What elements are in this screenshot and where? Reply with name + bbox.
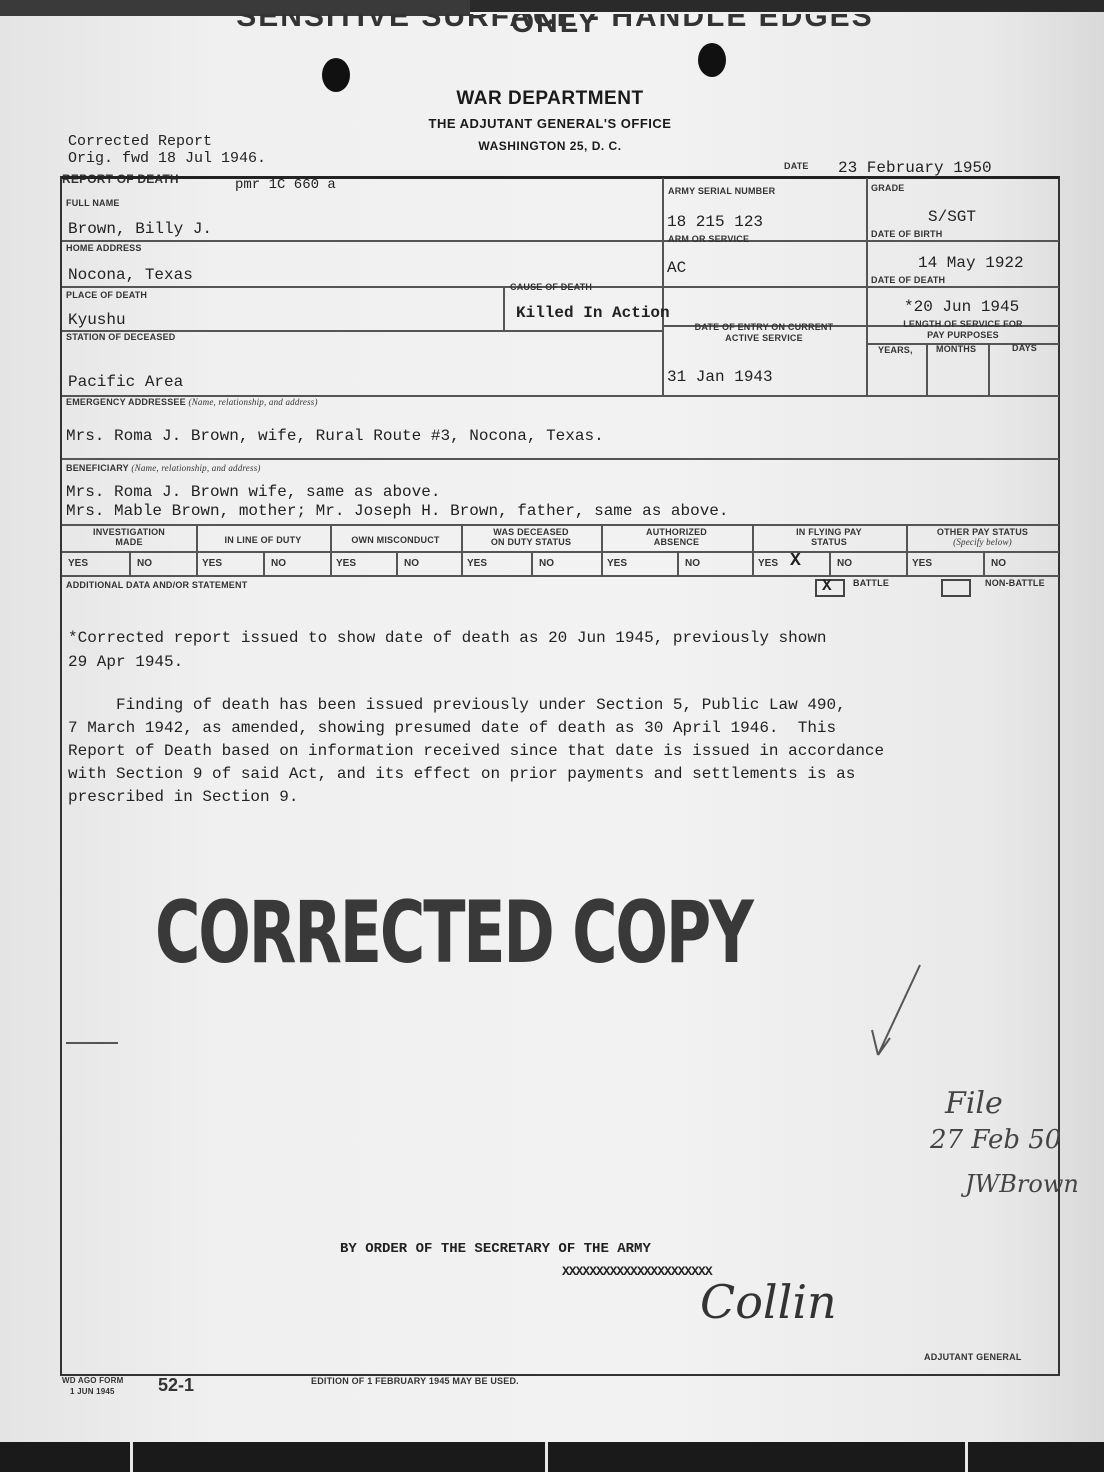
handle-edges-banner: SENSITIVE SURFACE - HANDLE EDGES ONLY — [195, 14, 915, 36]
serial-number-value: 18 215 123 — [667, 213, 763, 231]
status-yes-option[interactable]: YES — [467, 558, 487, 569]
status-no-option[interactable]: NO — [991, 558, 1006, 569]
status-yes-option[interactable]: YES — [607, 558, 627, 569]
status-header-line2: MADE — [115, 537, 142, 547]
divider — [62, 575, 1059, 577]
status-yes-option[interactable]: YES — [758, 558, 778, 569]
non-battle-checkbox[interactable] — [941, 579, 971, 597]
place-of-death-value: Kyushu — [68, 311, 126, 329]
status-header-line2: ABSENCE — [654, 537, 699, 547]
divider — [503, 286, 505, 330]
divider — [829, 551, 831, 575]
status-column-header: AUTHORIZEDABSENCE — [601, 527, 752, 547]
entry-date-label-2: ACTIVE SERVICE — [664, 333, 864, 343]
divider — [662, 178, 664, 395]
status-yes-option[interactable]: YES — [912, 558, 932, 569]
divider — [196, 524, 198, 575]
emergency-addressee-value: Mrs. Roma J. Brown, wife, Rural Route #3… — [66, 427, 604, 445]
status-header-line1: IN LINE OF DUTY — [225, 535, 302, 545]
date-value: 23 February 1950 — [838, 159, 992, 177]
by-order-line: BY ORDER OF THE SECRETARY OF THE ARMY — [340, 1238, 651, 1261]
date-of-birth-label: DATE OF BIRTH — [871, 229, 942, 239]
statement-para2-line1: Finding of death has been issued previou… — [68, 694, 846, 717]
status-header-line1: AUTHORIZED — [646, 527, 707, 537]
corrected-report-note: Corrected Report — [68, 133, 212, 150]
grade-value: S/SGT — [928, 208, 976, 226]
statement-para1-line2: 29 Apr 1945. — [68, 651, 183, 674]
form-series: WD AGO FORM — [62, 1376, 123, 1385]
beneficiary-hint: (Name, relationship, and address) — [131, 463, 260, 473]
status-column-header: OTHER PAY STATUS(Specify below) — [906, 527, 1059, 547]
punch-hole-left — [322, 58, 350, 92]
length-of-service-label-1: LENGTH OF SERVICE FOR — [868, 319, 1058, 329]
statement-para2-line5: prescribed in Section 9. — [68, 786, 298, 809]
cause-of-death-label: CAUSE OF DEATH — [510, 282, 592, 292]
battle-label: BATTLE — [853, 578, 889, 588]
status-column-header: INVESTIGATIONMADE — [62, 527, 196, 547]
punch-hole-right — [698, 43, 726, 77]
handwritten-date: 27 Feb 50 — [930, 1125, 1061, 1155]
battle-checkbox[interactable]: X — [815, 579, 845, 597]
years-label: YEARS, — [878, 345, 913, 355]
status-header-line1: OTHER PAY STATUS — [937, 527, 1028, 537]
station-label: STATION OF DECEASED — [66, 332, 175, 342]
divider — [988, 343, 990, 395]
status-no-option[interactable]: NO — [539, 558, 554, 569]
office-title: THE ADJUTANT GENERAL'S OFFICE — [380, 116, 720, 131]
beneficiary-line-1: Mrs. Roma J. Brown wife, same as above. — [66, 483, 440, 501]
status-header-line1: IN FLYING PAY — [796, 527, 862, 537]
status-column-header: WAS DECEASEDON DUTY STATUS — [461, 527, 601, 547]
scan-edge-bottom — [0, 1442, 1104, 1472]
date-of-birth-value: 14 May 1922 — [918, 254, 1024, 272]
divider — [531, 551, 533, 575]
place-of-death-label: PLACE OF DEATH — [66, 290, 147, 300]
divider — [330, 524, 332, 575]
status-column-header: IN FLYING PAYSTATUS — [752, 527, 906, 547]
status-header-line1: OWN MISCONDUCT — [351, 535, 439, 545]
status-header-line1: WAS DECEASED — [493, 527, 568, 537]
divider — [263, 551, 265, 575]
full-name-label: FULL NAME — [66, 198, 120, 208]
status-no-option[interactable]: NO — [685, 558, 700, 569]
status-column-header: OWN MISCONDUCT — [330, 535, 461, 545]
status-yes-option[interactable]: YES — [336, 558, 356, 569]
struck-through-name: XXXXXXXXXXXXXXXXXXXXXX — [562, 1260, 712, 1283]
divider — [62, 458, 1059, 460]
arm-or-service-label: ARM OR SERVICE — [668, 234, 749, 244]
status-no-option[interactable]: NO — [271, 558, 286, 569]
divider — [62, 240, 1059, 242]
emergency-addressee-label: EMERGENCY ADDRESSEE (Name, relationship,… — [66, 397, 318, 407]
statement-para2-line3: Report of Death based on information rec… — [68, 740, 884, 763]
statement-para1-line1: *Corrected report issued to show date of… — [68, 627, 827, 650]
handwritten-initials: JWBrown — [965, 1170, 1079, 1198]
status-header-line1: INVESTIGATION — [93, 527, 165, 537]
department-title: WAR DEPARTMENT — [380, 88, 720, 110]
flying-pay-yes-mark: X — [790, 551, 801, 571]
status-header-line2: ON DUTY STATUS — [491, 537, 571, 547]
battle-check-mark: X — [822, 577, 832, 595]
serial-number-label: ARMY SERIAL NUMBER — [668, 186, 775, 196]
divider — [677, 551, 679, 575]
divider — [129, 551, 131, 575]
status-yes-option[interactable]: YES — [68, 558, 88, 569]
divider — [965, 1442, 968, 1472]
date-of-death-label: DATE OF DEATH — [871, 275, 945, 285]
form-date: 1 JUN 1945 — [70, 1387, 115, 1396]
emergency-addressee-title: EMERGENCY ADDRESSEE — [66, 397, 186, 407]
days-label: DAYS — [1012, 343, 1037, 353]
status-header-line2: (Specify below) — [953, 537, 1012, 547]
emergency-addressee-hint: (Name, relationship, and address) — [189, 397, 318, 407]
months-label: MONTHS — [936, 344, 976, 354]
edition-note: EDITION OF 1 FEBRUARY 1945 MAY BE USED. — [311, 1376, 519, 1386]
corrected-copy-stamp: CORRECTED COPY — [155, 890, 752, 976]
length-of-service-label-2: PAY PURPOSES — [868, 330, 1058, 340]
beneficiary-label: BENEFICIARY (Name, relationship, and add… — [66, 463, 261, 473]
status-column-header: IN LINE OF DUTY — [196, 535, 330, 545]
statement-para2-line4: with Section 9 of said Act, and its effe… — [68, 763, 855, 786]
status-no-option[interactable]: NO — [404, 558, 419, 569]
original-forward-note: Orig. fwd 18 Jul 1946. — [68, 150, 266, 167]
beneficiary-line-2: Mrs. Mable Brown, mother; Mr. Joseph H. … — [66, 502, 729, 520]
beneficiary-title: BENEFICIARY — [66, 463, 129, 473]
status-header-line2: STATUS — [811, 537, 847, 547]
cause-of-death-value: Killed In Action — [516, 304, 670, 322]
status-no-option[interactable]: NO — [837, 558, 852, 569]
divider — [62, 524, 1059, 526]
handwritten-file: File — [945, 1086, 1003, 1121]
additional-data-label: ADDITIONAL DATA AND/OR STATEMENT — [66, 580, 247, 590]
divider — [926, 343, 928, 395]
arm-or-service-value: AC — [667, 259, 686, 277]
entry-date-value: 31 Jan 1943 — [667, 368, 773, 386]
margin-mark — [66, 1042, 118, 1044]
divider — [866, 178, 868, 395]
full-name-value: Brown, Billy J. — [68, 220, 212, 238]
divider — [545, 1442, 548, 1472]
station-value: Pacific Area — [68, 373, 183, 391]
divider — [130, 1442, 133, 1472]
status-no-option[interactable]: NO — [137, 558, 152, 569]
office-address: WASHINGTON 25, D. C. — [380, 139, 720, 153]
divider — [62, 551, 1059, 553]
divider — [983, 551, 985, 575]
divider — [396, 551, 398, 575]
grade-label: GRADE — [871, 183, 905, 193]
date-label: DATE — [784, 161, 809, 171]
home-address-label: HOME ADDRESS — [66, 243, 142, 253]
adjutant-general-title: ADJUTANT GENERAL — [924, 1352, 1022, 1362]
status-yes-option[interactable]: YES — [202, 558, 222, 569]
non-battle-label: NON-BATTLE — [985, 578, 1045, 588]
statement-para2-line2: 7 March 1942, as amended, showing presum… — [68, 717, 836, 740]
form-number: 52-1 — [158, 1375, 194, 1396]
adjutant-signature: Collin — [700, 1275, 837, 1329]
home-address-value: Nocona, Texas — [68, 266, 193, 284]
date-of-death-value: *20 Jun 1945 — [904, 298, 1019, 316]
pencil-check-icon — [850, 960, 930, 1080]
entry-date-label-1: DATE OF ENTRY ON CURRENT — [664, 322, 864, 332]
